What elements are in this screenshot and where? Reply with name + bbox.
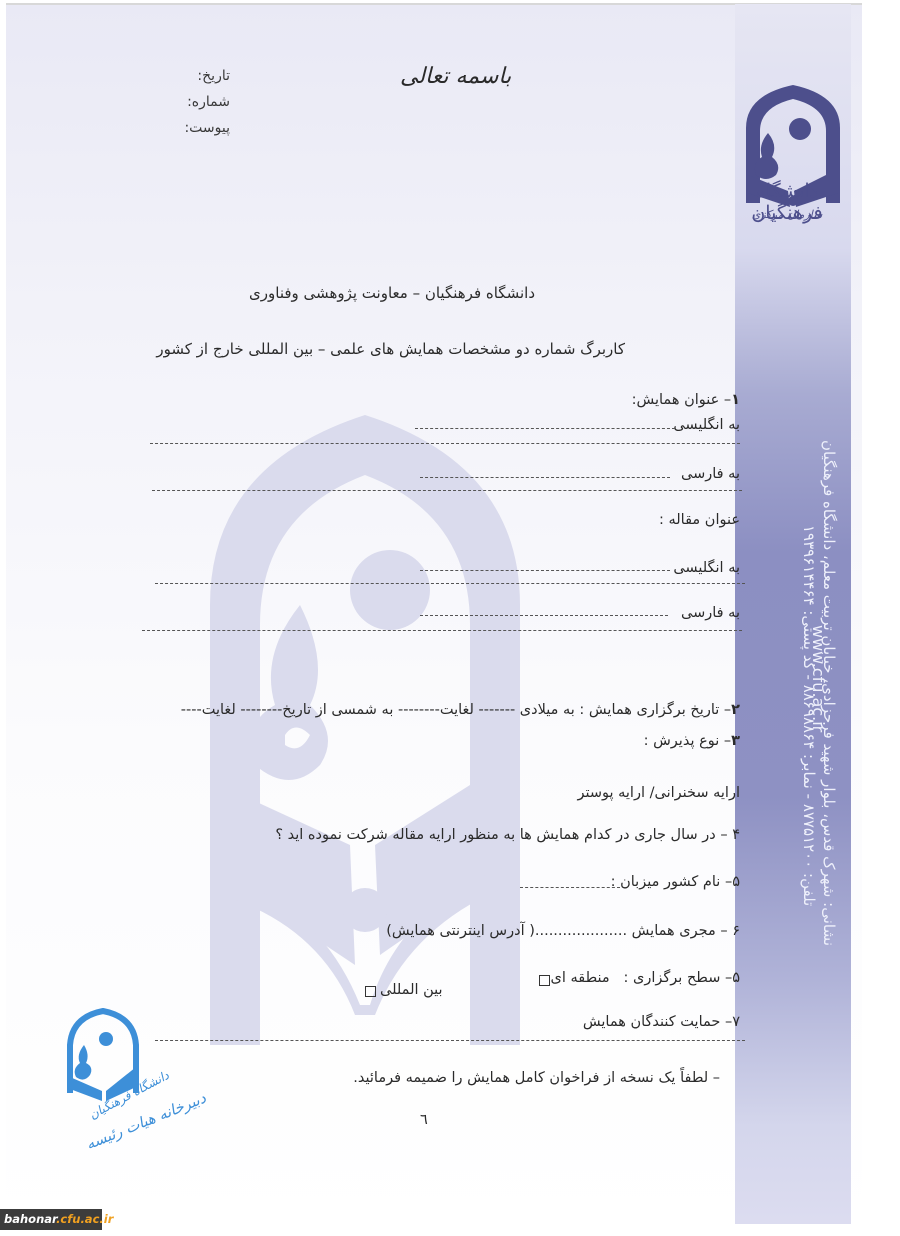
regional-checkbox[interactable]: [539, 975, 550, 986]
date-label: تاریخ:: [197, 68, 230, 84]
org-title: دانشگاه فرهنگیان – معاونت پژوهشی وفناوری: [249, 284, 535, 302]
q1-english-label: به انگلیسی: [673, 417, 740, 433]
q1-label: ۱– عنوان همایش:: [632, 392, 740, 408]
host-country-field[interactable]: [520, 887, 620, 888]
university-watermark-icon: [200, 405, 530, 1045]
q7-label: ۷– حمایت کنندگان همایش: [583, 1014, 740, 1030]
international-checkbox[interactable]: [365, 986, 376, 997]
q3-label: ۳– نوع پذیرش :: [644, 733, 740, 749]
international-label: بین المللی: [380, 982, 443, 998]
sponsors-field[interactable]: [155, 1040, 745, 1041]
q1-english-field[interactable]: [150, 443, 740, 444]
page-number: ٦: [420, 1112, 428, 1128]
level-label: ۵– سطح برگزاری : منطقه ای: [551, 970, 740, 986]
q1-persian-line-a: [420, 477, 670, 478]
article-english-label: به انگلیسی: [673, 560, 740, 576]
article-persian-label: به فارسی: [681, 605, 740, 621]
sidebar-website: www.cfu.ac.ir: [809, 625, 828, 732]
article-english-field[interactable]: [155, 583, 745, 584]
article-title-label: عنوان مقاله :: [659, 512, 740, 528]
article-english-line-a: [420, 570, 670, 571]
attachment-note: – لطفاً یک نسخه از فراخوان کامل همایش را…: [353, 1070, 720, 1086]
form-title: کاربرگ شماره دو مشخصات همایش های علمی – …: [156, 340, 625, 358]
q1-persian-label: به فارسی: [681, 466, 740, 482]
article-persian-field[interactable]: [142, 630, 742, 631]
q1-english-line-a: [415, 428, 675, 429]
number-label: شماره:: [187, 94, 230, 110]
q5-label: ۵– نام کشور میزبان :: [611, 874, 740, 890]
logo-subtitle: سازمان مرکزی: [738, 208, 836, 221]
basmala-heading: باسمه تعالی: [400, 64, 511, 89]
site-watermark-badge: bahonar.cfu.ac.ir: [0, 1209, 102, 1230]
q4-label: ۴ – در سال جاری در کدام همایش ها به منظو…: [275, 827, 740, 843]
q6-organizer: ۶ – مجری همایش ....................( آدر…: [386, 923, 740, 939]
attachment-label: پیوست:: [184, 120, 230, 136]
q1-persian-field[interactable]: [152, 490, 742, 491]
q3-options[interactable]: ارایه سخنرانی/ ارایه پوستر: [577, 785, 740, 801]
q2-date-row: ۲– تاریخ برگزاری همایش : به میلادی -----…: [181, 702, 740, 718]
scan-edge: [6, 3, 862, 5]
article-persian-line-a: [420, 615, 668, 616]
